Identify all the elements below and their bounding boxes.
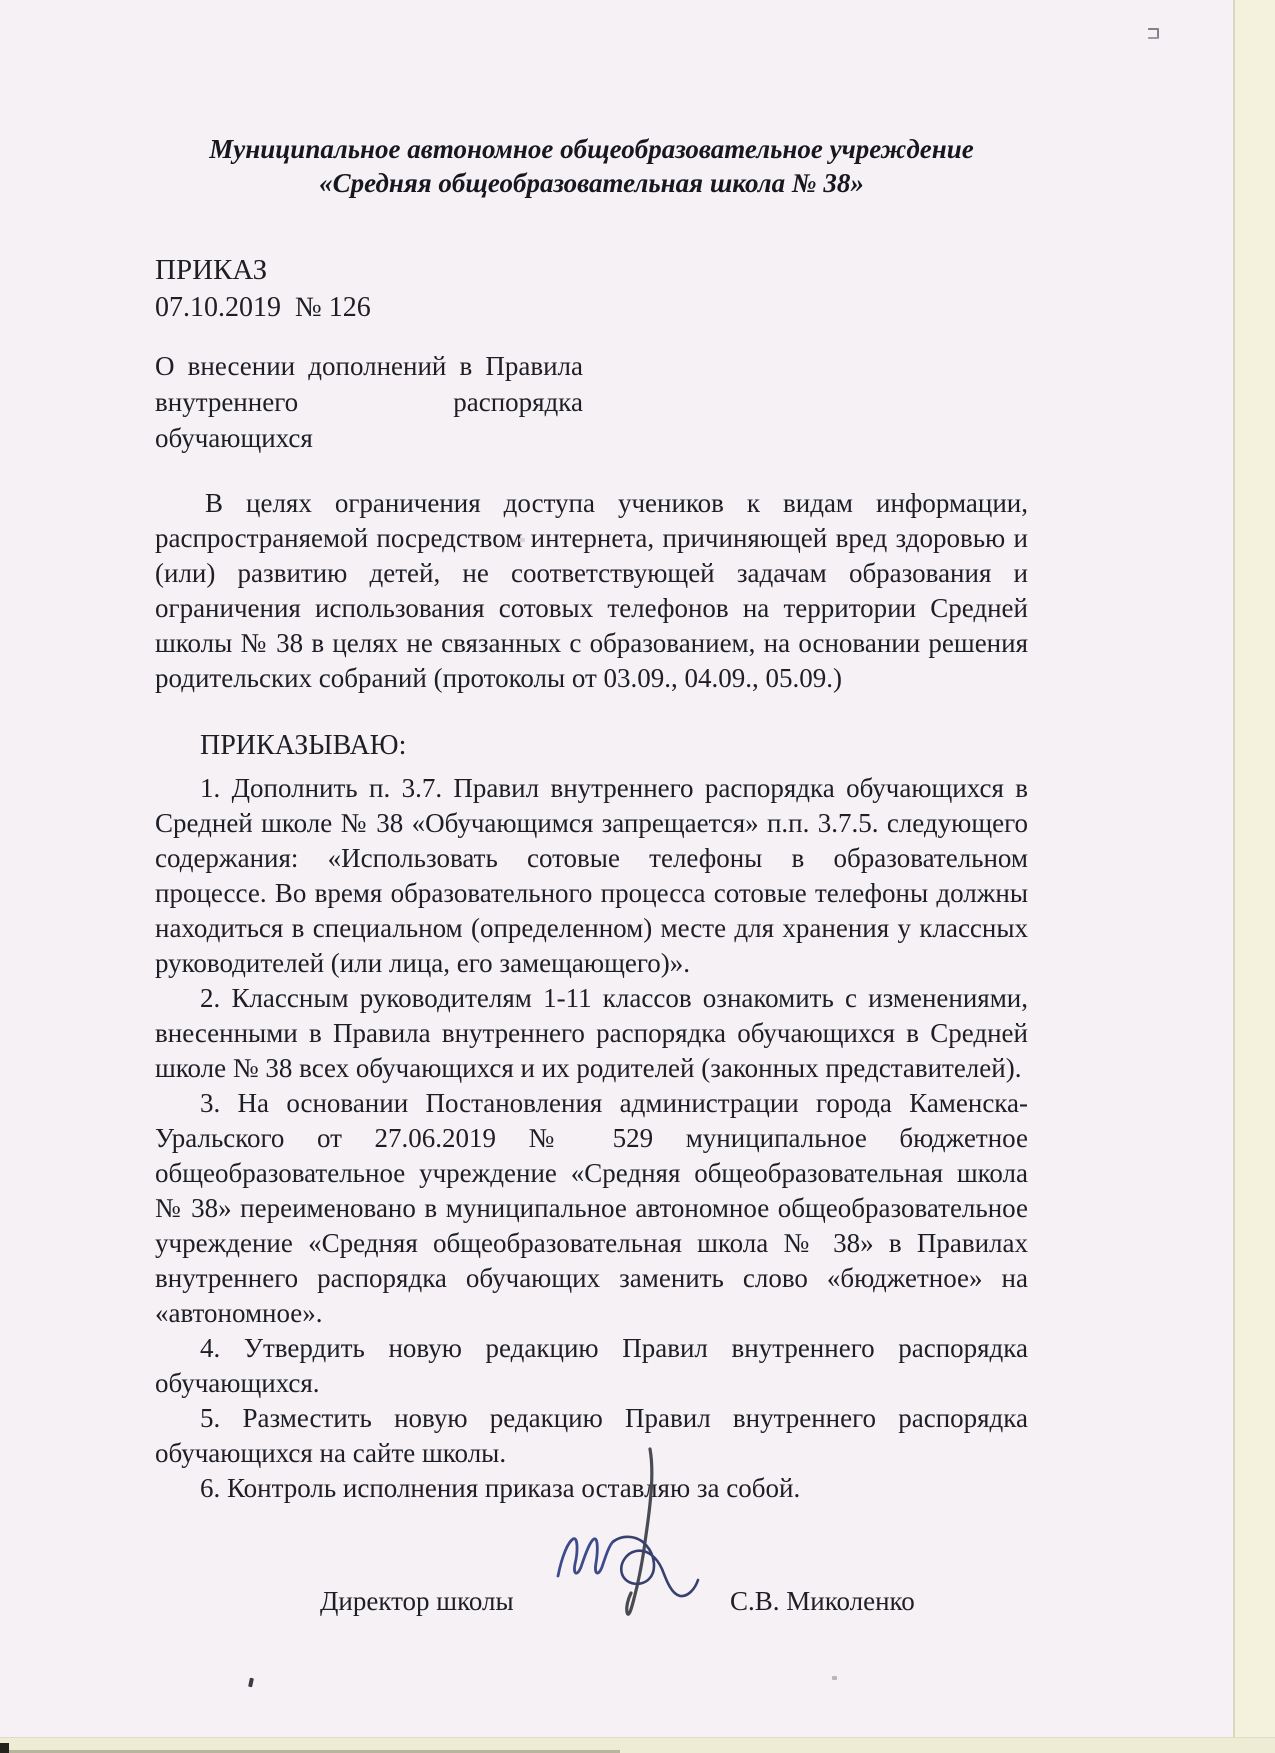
resolve-heading: ПРИКАЗЫВАЮ: (200, 728, 1028, 763)
subject-line: обучающихся (155, 420, 583, 456)
order-subject: О внесении дополнений в Правила внутренн… (155, 348, 583, 456)
organization-header: Муниципальное автономное общеобразовател… (155, 132, 1028, 200)
scan-speck (1148, 28, 1159, 39)
order-item-4: 4. Утвердить новую редакцию Правил внутр… (155, 1331, 1028, 1401)
order-item-1: 1. Дополнить п. 3.7. Правил внутреннего … (155, 771, 1028, 981)
subject-line: внутреннего распорядка (155, 384, 583, 420)
scanner-bed-right-strip (1233, 0, 1275, 1753)
order-date-number: 07.10.2019 № 126 (155, 289, 1028, 326)
document-content: Муниципальное автономное общеобразовател… (155, 0, 1028, 1629)
handwritten-signature-ink (553, 1443, 713, 1633)
signer-name: С.В. Миколенко (730, 1584, 915, 1619)
organization-name-line2: «Средняя общеобразовательная школа № 38» (155, 166, 1028, 200)
scan-speck (832, 1676, 837, 1680)
signer-role: Директор школы (320, 1584, 514, 1619)
order-items: 1. Дополнить п. 3.7. Правил внутреннего … (155, 771, 1028, 1506)
scanner-bed-bottom-strip (0, 1737, 1275, 1753)
order-item-3: 3. На основании Постановления администра… (155, 1086, 1028, 1331)
subject-line: О внесении дополнений в Правила (155, 348, 583, 384)
order-item-2: 2. Классным руководителям 1-11 классов о… (155, 981, 1028, 1086)
preamble-paragraph: В целях ограничения доступа учеников к в… (155, 486, 1028, 696)
order-title: ПРИКАЗ (155, 252, 1028, 289)
scan-corner-mark (0, 1743, 9, 1753)
scan-speck (519, 538, 525, 542)
organization-name-line1: Муниципальное автономное общеобразовател… (155, 132, 1028, 166)
